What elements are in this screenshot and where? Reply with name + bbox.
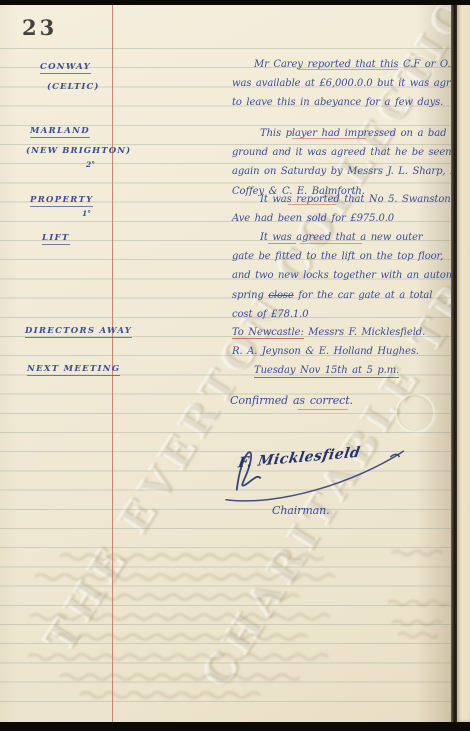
margin-subheading-celtic: (CELTIC): [47, 82, 99, 92]
entry-directors-away-body: To Newcastle: Messrs F. Micklesfield. R.…: [232, 323, 454, 361]
red-annotation-underline: [292, 138, 366, 139]
handwritten-line: was available at £6,000.0.0 but it was a…: [232, 74, 454, 93]
handwritten-line: Ave had been sold for £975.0.0: [232, 209, 454, 228]
red-annotation-underline: [300, 243, 362, 244]
handwritten-line-with-strike: spring close for the car gate at a total: [232, 286, 454, 305]
handwritten-line: This player had impressed on a bad: [232, 124, 454, 143]
underlined-meeting-date: Tuesday Nov 15th at 5 p.m.: [254, 365, 399, 378]
entry-next-meeting-body: Tuesday Nov 15th at 5 p.m.: [232, 361, 454, 380]
text-before-strike: spring: [232, 290, 268, 301]
handwritten-line: and two new locks together with an autom…: [232, 266, 454, 285]
entry-conway-body: Mr Carey reported that this C.F or O.R w…: [232, 55, 454, 113]
line-remainder: Messrs F. Micklesfield.: [304, 327, 425, 338]
margin-heading-lift: LIFT: [42, 233, 70, 245]
red-underlined-phrase: To Newcastle:: [232, 327, 304, 339]
chairman-label: Chairman.: [272, 504, 330, 517]
entry-property-body: It was reported that No 5. Swanston Ave …: [232, 190, 454, 228]
margin-heading-property: PROPERTY: [30, 195, 93, 207]
margin-subheading-new-brighton: (NEW BRIGHTON): [26, 146, 131, 156]
handwritten-line: Tuesday Nov 15th at 5 p.m.: [232, 361, 454, 380]
red-annotation-underline: [288, 204, 336, 205]
handwritten-line: to leave this in abeyance for a few days…: [232, 93, 454, 112]
red-annotation-underline: [298, 409, 348, 410]
scan-border-bottom: [0, 722, 470, 731]
margin-heading-marland: MARLAND: [30, 126, 90, 138]
next-page-edge: [457, 3, 470, 722]
ledger-page: THE EVERTON COLLECTION CHARITABLE TRUST …: [0, 5, 452, 722]
handwritten-line: ground and it was agreed that he be seen: [232, 143, 454, 162]
bleed-through-ghost-text: [0, 543, 452, 723]
scanned-minute-book-page: THE EVERTON COLLECTION CHARITABLE TRUST …: [0, 0, 470, 731]
handwritten-line: R. A. Jeynson & E. Holland Hughes.: [232, 342, 454, 361]
handwritten-line: It was reported that No 5. Swanston: [232, 190, 454, 209]
handwritten-line: Mr Carey reported that this C.F or O.R: [232, 55, 454, 74]
handwritten-line: It was agreed that a new outer: [232, 228, 454, 247]
margin-heading-conway: CONWAY: [40, 62, 91, 74]
handwritten-line: gate be fitted to the lift on the top fl…: [232, 247, 454, 266]
margin-heading-directors-away: DIRECTORS AWAY: [25, 326, 132, 338]
handwritten-line: again on Saturday by Messrs J. L. Sharp,…: [232, 162, 454, 181]
page-number: 23: [22, 15, 57, 40]
blue-annotation-underline: [268, 243, 296, 244]
text-after-strike: for the car gate at a total: [294, 290, 433, 301]
confirmation-statement: Confirmed as correct.: [230, 394, 353, 407]
struck-out-word: close: [268, 290, 293, 301]
handwritten-line: cost of £78.1.0: [232, 305, 454, 324]
handwritten-line: To Newcastle: Messrs F. Micklesfield.: [232, 323, 454, 342]
margin-note-number: 2°: [86, 160, 95, 169]
margin-heading-next-meeting: NEXT MEETING: [27, 364, 120, 376]
red-annotation-underline: [298, 69, 398, 70]
scan-border-top: [0, 0, 470, 5]
margin-note-number: 1°: [82, 209, 91, 218]
